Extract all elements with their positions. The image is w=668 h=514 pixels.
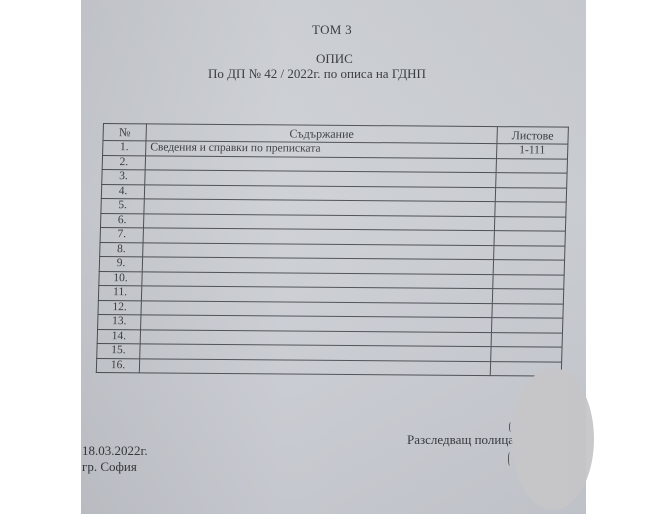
header-sheets: Листове [497, 127, 568, 145]
row-sheets: 1-111 [497, 144, 568, 159]
row-sheets [496, 158, 567, 173]
row-sheets [492, 303, 563, 318]
row-content [139, 358, 490, 375]
row-sheets [493, 274, 564, 289]
row-number: 5. [101, 199, 144, 214]
row-number: 11. [98, 285, 141, 300]
document-date: 18.03.2022г. [82, 443, 148, 459]
header-number: № [103, 124, 146, 141]
row-number: 10. [99, 271, 142, 286]
row-sheets [494, 231, 565, 246]
row-number: 16. [96, 358, 139, 373]
row-number: 14. [97, 329, 140, 344]
row-number: 13. [98, 314, 141, 329]
row-sheets [491, 347, 562, 362]
row-number: 8. [100, 242, 143, 257]
redaction-blur [512, 368, 594, 510]
row-number: 15. [97, 343, 140, 358]
document-page: ТОМ 3 ОПИС По ДП № 42 / 2022г. по описа … [81, 0, 586, 514]
row-sheets [491, 318, 562, 333]
row-number: 1. [103, 141, 146, 156]
document-subtitle: По ДП № 42 / 2022г. по описа на ГДНП [208, 66, 426, 82]
row-sheets [496, 173, 567, 188]
row-sheets [495, 187, 566, 202]
row-sheets [495, 202, 566, 217]
document-title: ОПИС [316, 51, 353, 67]
inventory-table: № Съдържание Листове 1.Сведения и справк… [96, 123, 569, 377]
row-sheets [494, 245, 565, 260]
investigator-label: Разследващ полица [407, 432, 514, 448]
row-sheets [491, 332, 562, 347]
row-number: 12. [98, 300, 141, 315]
row-number: 4. [101, 184, 144, 199]
row-number: 7. [100, 228, 143, 243]
row-sheets [492, 289, 563, 304]
row-sheets [493, 260, 564, 275]
row-number: 6. [100, 213, 143, 228]
row-number: 3. [102, 170, 145, 185]
volume-label: ТОМ 3 [312, 22, 352, 38]
table-row: 16. [96, 358, 561, 376]
row-number: 9. [99, 256, 142, 271]
row-sheets [494, 216, 565, 231]
row-number: 2. [102, 155, 145, 170]
document-city: гр. София [82, 459, 137, 475]
